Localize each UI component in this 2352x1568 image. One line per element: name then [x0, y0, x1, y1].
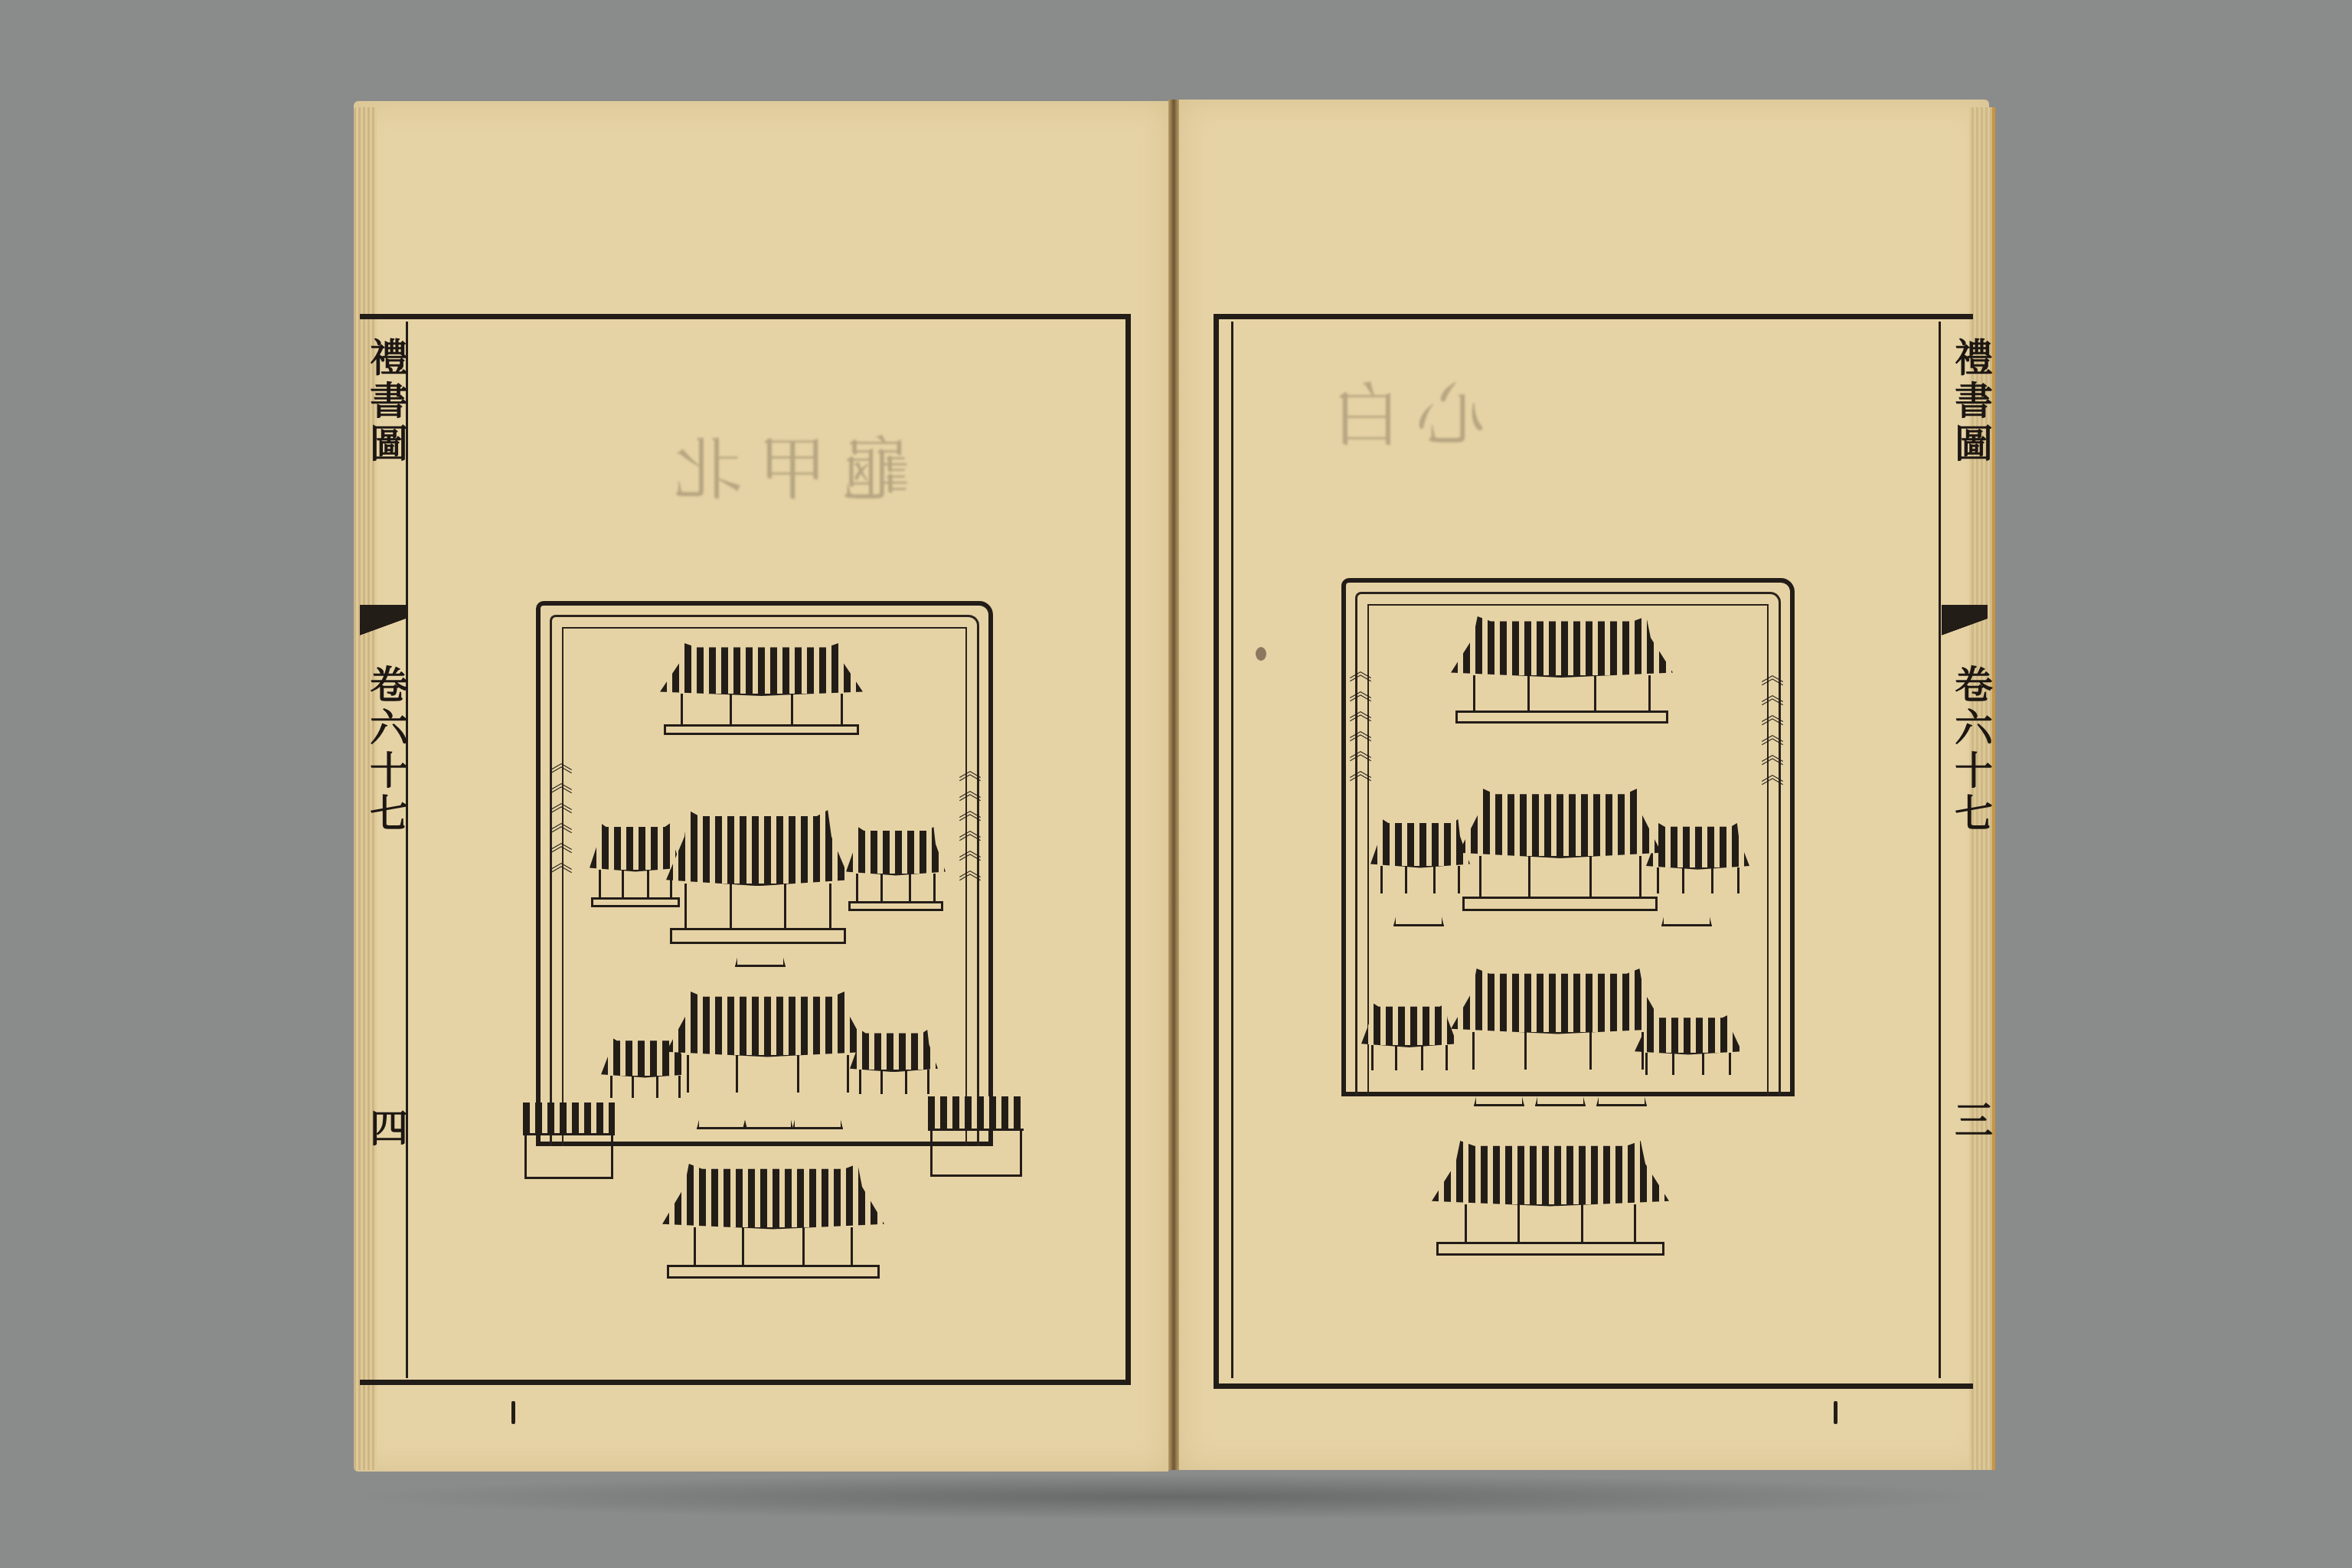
left-gate-hall [662, 1164, 884, 1279]
book-shadow [345, 1474, 2006, 1520]
right-inner-rule [1231, 322, 1233, 1378]
left-fishtail-icon [360, 605, 406, 639]
left-banxin-title: 禮書圖 [360, 325, 409, 479]
paper-blemish [1256, 647, 1266, 661]
right-banxin-title: 禮書圖 [1945, 325, 1994, 479]
left-corner-pavilion-right [928, 1096, 1024, 1177]
right-showthrough-mark: 心白 [1317, 360, 1485, 459]
right-gate-hall [1432, 1141, 1669, 1256]
right-banxin-rule [1939, 322, 1941, 1378]
left-showthrough-mark: 龜甲北 [658, 413, 911, 513]
right-chevron-icon: ︽︽︽︽︽︽ [959, 762, 978, 881]
left-chevron-icon: ︽︽︽︽︽︽ [1349, 662, 1369, 782]
right-main-hall-2 [1451, 969, 1665, 1083]
right-banxin-volume: 卷六十七 [1945, 651, 1994, 850]
right-side-hall-1-right [1646, 823, 1749, 903]
right-main-hall-1 [1459, 789, 1661, 911]
left-page-number: 四 [360, 1102, 409, 1156]
left-banxin-volume: 卷六十七 [360, 651, 409, 850]
left-bottom-mark [511, 1401, 515, 1424]
left-banxin-rule [406, 322, 408, 1378]
left-side-hall-1-right [846, 827, 946, 911]
left-top-hall [660, 643, 863, 735]
book-gutter [1168, 100, 1179, 1470]
left-corner-pavilion-left [523, 1102, 615, 1179]
right-side-hall-1-left [1370, 819, 1470, 903]
left-main-hall-1 [666, 810, 850, 944]
right-page-number: 三 [1945, 1095, 1994, 1148]
right-top-hall [1451, 616, 1673, 724]
right-side-hall-2-left [1361, 1003, 1457, 1080]
right-chevron-icon: ︽︽︽︽︽︽ [1761, 666, 1781, 786]
left-main-hall-2 [666, 991, 869, 1106]
right-bottom-mark [1834, 1401, 1837, 1424]
left-chevron-icon: ︽︽︽︽︽︽ [550, 754, 570, 874]
right-fishtail-icon [1942, 605, 1988, 639]
